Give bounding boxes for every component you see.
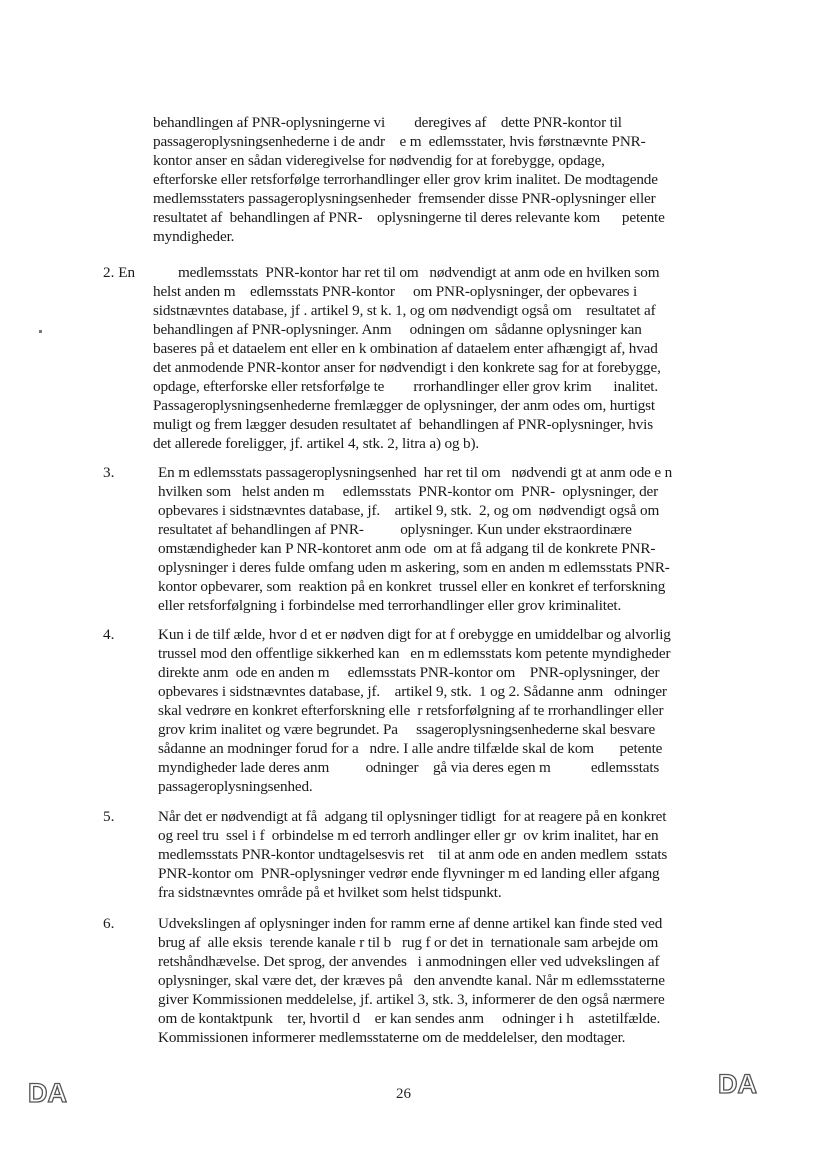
text-line: trussel mod den offentlige sikkerhed kan… (158, 644, 670, 663)
text-line: eller retsforfølgning i forbindelse med … (158, 596, 621, 615)
text-line: det anmodende PNR-kontor anser for nødve… (153, 358, 661, 377)
text-line: kontor opbevarer, som reaktion på en kon… (158, 577, 665, 596)
text-line: sådanne an modninger forud for a ndre. I… (158, 739, 662, 758)
paragraph-number: 4. (103, 625, 114, 644)
text-line: Når det er nødvendigt at få adgang til o… (158, 807, 666, 826)
text-line: og reel tru ssel i f orbindelse m ed ter… (158, 826, 658, 845)
text-line: retshåndhævelse. Det sprog, der anvendes… (158, 952, 659, 971)
text-line: oplysninger i deres fulde omfang uden m … (158, 558, 670, 577)
text-line: behandlingen af PNR-oplysninger. Anm odn… (153, 320, 642, 339)
text-line: myndigheder. (153, 227, 234, 246)
text-line: giver Kommissionen meddelelse, jf. artik… (158, 990, 665, 1009)
document-page: behandlingen af PNR-oplysningerne vi der… (0, 0, 826, 1169)
text-line: Kommissionen informerer medlemsstaterne … (158, 1028, 625, 1047)
scan-speck (39, 330, 42, 333)
text-line: baseres på et dataelem ent eller en k om… (153, 339, 658, 358)
text-line: PNR-kontor om PNR-oplysninger vedrør end… (158, 864, 659, 883)
text-line: kontor anser en sådan videregivelse for … (153, 151, 605, 170)
text-line: omstændigheder kan P NR-kontoret anm ode… (158, 539, 655, 558)
text-line: oplysninger, skal være det, der kræves p… (158, 971, 665, 990)
text-line: sidstnævntes database, jf . artikel 9, s… (153, 301, 656, 320)
text-line: myndigheder lade deres anm odninger gå v… (158, 758, 659, 777)
text-line: direkte anm ode en anden m edlemsstats P… (158, 663, 659, 682)
text-line: En m edlemsstats passageroplysningsenhed… (158, 463, 672, 482)
text-line: opbevares i sidstnævntes database, jf. a… (158, 501, 659, 520)
text-line: behandlingen af PNR-oplysningerne vi der… (153, 113, 622, 132)
text-line: brug af alle eksis terende kanale r til … (158, 933, 658, 952)
text-line: resultatet af behandlingen af PNR- oplys… (158, 520, 632, 539)
text-line: grov krim inalitet og være begrundet. Pa… (158, 720, 655, 739)
text-line: medlemsstats PNR-kontor har ret til om n… (178, 263, 659, 282)
text-line: fra sidstnævntes område på et hvilket so… (158, 883, 502, 902)
paragraph-number: 3. (103, 463, 114, 482)
language-mark-right: DA (718, 1069, 757, 1100)
text-line: medlemsstaters passageroplysningsenheder… (153, 189, 656, 208)
paragraph-number: 2. En (103, 263, 135, 282)
text-line: helst anden m edlemsstats PNR-kontor om … (153, 282, 637, 301)
text-line: opbevares i sidstnævntes database, jf. a… (158, 682, 667, 701)
text-line: resultatet af behandlingen af PNR- oplys… (153, 208, 665, 227)
page-number: 26 (396, 1086, 411, 1103)
language-mark-left: DA (28, 1078, 67, 1109)
text-line: efterforske eller retsforfølge terrorhan… (153, 170, 658, 189)
text-line: opdage, efterforske eller retsforfølge t… (153, 377, 658, 396)
text-line: muligt og frem lægger desuden resultatet… (153, 415, 653, 434)
text-line: passageroplysningsenhed. (158, 777, 313, 796)
paragraph-number: 6. (103, 914, 114, 933)
text-line: skal vedrøre en konkret efterforskning e… (158, 701, 663, 720)
text-line: det allerede foreligger, jf. artikel 4, … (153, 434, 479, 453)
text-line: hvilken som helst anden m edlemsstats PN… (158, 482, 658, 501)
text-line: Udvekslingen af oplysninger inden for ra… (158, 914, 662, 933)
text-line: medlemsstats PNR-kontor undtagelsesvis r… (158, 845, 667, 864)
text-line: Passageroplysningsenhederne fremlægger d… (153, 396, 655, 415)
text-line: Kun i de tilf ælde, hvor d et er nødven … (158, 625, 671, 644)
text-line: om de kontaktpunk ter, hvortil d er kan … (158, 1009, 660, 1028)
text-line: passageroplysningsenhederne i de andr e … (153, 132, 646, 151)
paragraph-number: 5. (103, 807, 114, 826)
